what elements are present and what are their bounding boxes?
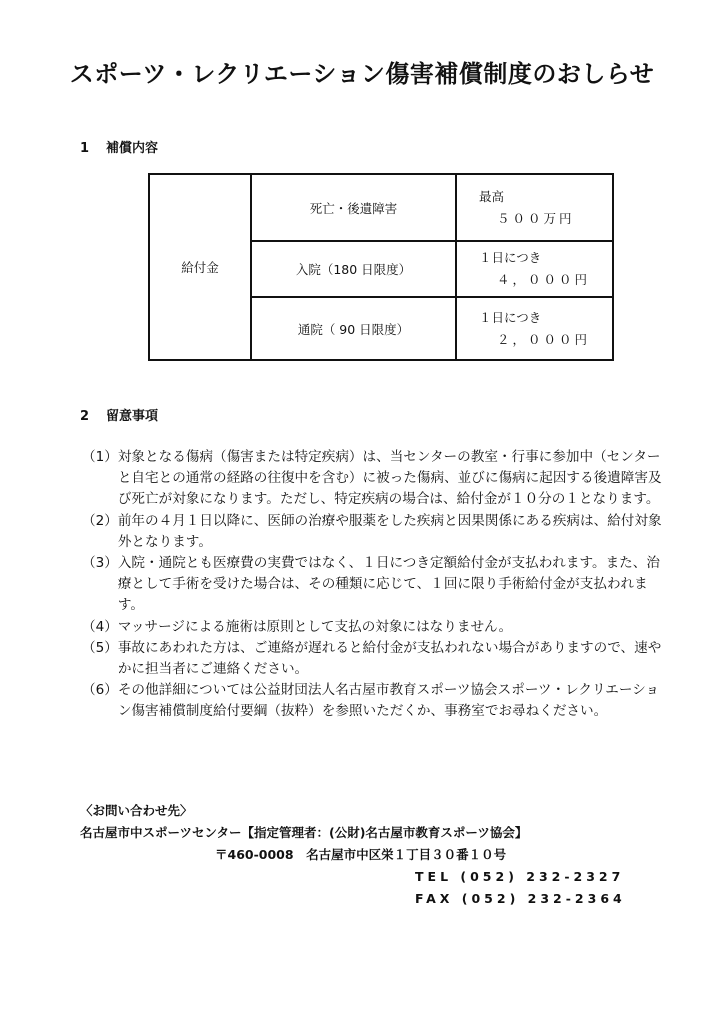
note-item: （6）その他詳細については公益財団法人名古屋市教育スポーツ協会スポーツ・レクリエ… bbox=[82, 680, 662, 722]
note-item: （4）マッサージによる施術は原則として支払の対象にはなりません。 bbox=[82, 617, 662, 638]
amount-cell: １日につき ４，０００円 bbox=[456, 241, 613, 297]
note-item: （3）入院・通院とも医療費の実費ではなく、１日につき定額給付金が支払われます。ま… bbox=[82, 553, 662, 617]
note-text: その他詳細については公益財団法人名古屋市教育スポーツ協会スポーツ・レクリエーショ… bbox=[118, 680, 662, 722]
amount-label: 最高 bbox=[479, 186, 612, 208]
contact-organization: 名古屋市中スポーツセンター【指定管理者：(公財)名古屋市教育スポーツ協会】 bbox=[80, 822, 680, 844]
note-text: 前年の４月１日以降に、医師の治療や服薬をした疾病と因果関係にある疾病は、給付対象… bbox=[118, 511, 662, 553]
note-number: （3） bbox=[82, 553, 118, 617]
contact-phone: TEL (052) 232-2327 bbox=[80, 866, 680, 888]
item-cell: 通院（ 90 日限度） bbox=[251, 297, 456, 360]
amount-value: ５００万円 bbox=[479, 208, 612, 230]
table-row: 給付金 死亡・後遺障害 最高 ５００万円 bbox=[149, 174, 613, 241]
item-cell: 死亡・後遺障害 bbox=[251, 174, 456, 241]
note-number: （4） bbox=[82, 617, 118, 638]
amount-label: １日につき bbox=[479, 247, 612, 269]
section-number: 2 bbox=[80, 409, 106, 424]
note-number: （2） bbox=[82, 511, 118, 553]
amount-value: ４，０００円 bbox=[479, 269, 612, 291]
note-text: マッサージによる施術は原則として支払の対象にはなりません。 bbox=[118, 617, 662, 638]
compensation-table: 給付金 死亡・後遺障害 最高 ５００万円 入院（180 日限度） １日につき ４… bbox=[148, 173, 614, 361]
contact-block: 〈お問い合わせ先〉 名古屋市中スポーツセンター【指定管理者：(公財)名古屋市教育… bbox=[80, 800, 680, 910]
page-title: スポーツ・レクリエーション傷害補償制度のおしらせ bbox=[0, 54, 724, 89]
notes-list: （1）対象となる傷病（傷害または特定疾病）は、当センターの教室・行事に参加中（セ… bbox=[82, 447, 662, 723]
note-text: 入院・通院とも医療費の実費ではなく、１日につき定額給付金が支払われます。また、治… bbox=[118, 553, 662, 617]
amount-cell: １日につき ２，０００円 bbox=[456, 297, 613, 360]
note-item: （5）事故にあわれた方は、ご連絡が遅れると給付金が支払われない場合がありますので… bbox=[82, 638, 662, 680]
section-title: 補償内容 bbox=[106, 141, 158, 156]
section-number: 1 bbox=[80, 141, 106, 156]
section-2-heading: 2留意事項 bbox=[80, 405, 158, 424]
contact-address: 〒460-0008 名古屋市中区栄１丁目３０番１０号 bbox=[80, 844, 680, 866]
section-1-heading: 1補償内容 bbox=[80, 137, 158, 156]
note-number: （6） bbox=[82, 680, 118, 722]
amount-value: ２，０００円 bbox=[479, 329, 612, 351]
note-number: （1） bbox=[82, 447, 118, 511]
note-text: 対象となる傷病（傷害または特定疾病）は、当センターの教室・行事に参加中（センター… bbox=[118, 447, 662, 511]
note-item: （2）前年の４月１日以降に、医師の治療や服薬をした疾病と因果関係にある疾病は、給… bbox=[82, 511, 662, 553]
note-text: 事故にあわれた方は、ご連絡が遅れると給付金が支払われない場合がありますので、速や… bbox=[118, 638, 662, 680]
contact-heading: 〈お問い合わせ先〉 bbox=[80, 800, 680, 822]
amount-cell: 最高 ５００万円 bbox=[456, 174, 613, 241]
contact-fax: FAX (052) 232-2364 bbox=[80, 888, 680, 910]
section-title: 留意事項 bbox=[106, 409, 158, 424]
item-cell: 入院（180 日限度） bbox=[251, 241, 456, 297]
amount-label: １日につき bbox=[479, 307, 612, 329]
note-item: （1）対象となる傷病（傷害または特定疾病）は、当センターの教室・行事に参加中（セ… bbox=[82, 447, 662, 511]
note-number: （5） bbox=[82, 638, 118, 680]
category-cell: 給付金 bbox=[149, 174, 251, 360]
